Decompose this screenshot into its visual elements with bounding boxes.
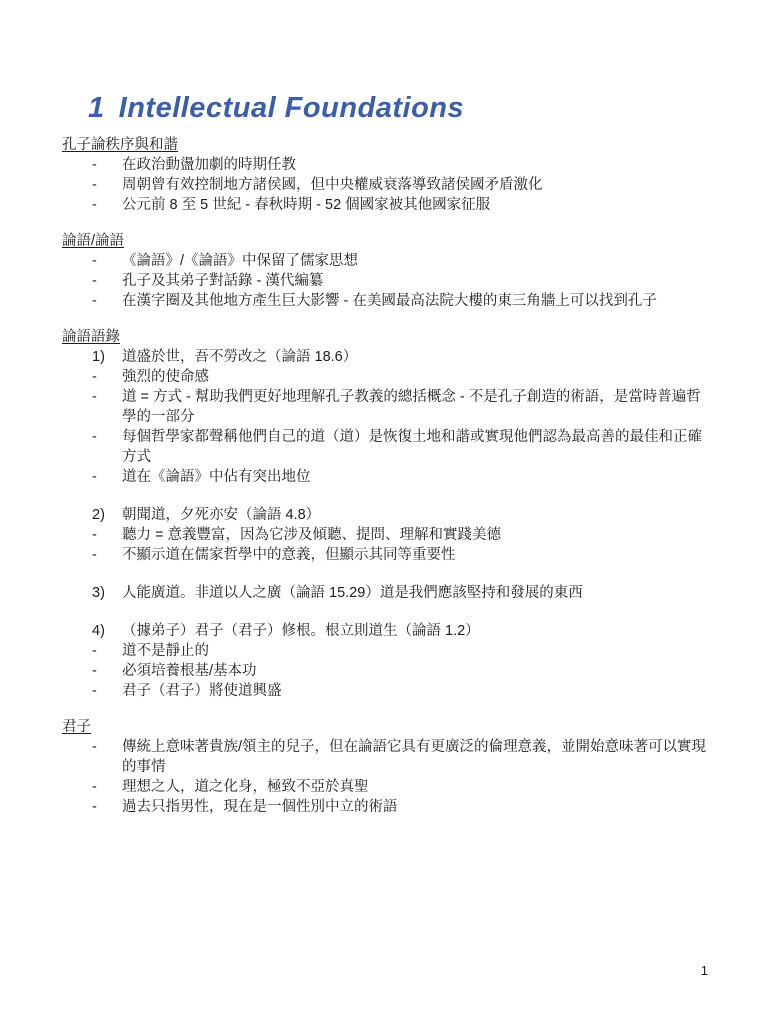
item-text: 過去只指男性，現在是一個性別中立的術語	[122, 797, 707, 817]
bullet-marker: -	[92, 545, 122, 565]
section-analects-quotes: 論語語錄 1)道盛於世，吾不勞改之（論語 18.6） -強烈的使命感 -道 = …	[62, 327, 712, 701]
item-text: 道不是靜止的	[122, 641, 707, 661]
item-text: 在政治動盪加劇的時期任教	[122, 155, 707, 175]
item-text: 道 = 方式 - 幫助我們更好地理解孔子教義的總括概念 - 不是孔子創造的術語，…	[122, 387, 707, 427]
section-header-text: 論語/論語	[62, 233, 124, 249]
list-item: -必須培養根基/基本功	[62, 661, 712, 681]
bullet-marker: 4)	[92, 621, 122, 641]
bullet-marker: -	[92, 525, 122, 545]
list-item: -在政治動盪加劇的時期任教	[62, 155, 712, 175]
list-item: 2)朝聞道，夕死亦安（論語 4.8）	[62, 505, 712, 525]
page-title: 1 Intellectual Foundations	[88, 92, 712, 125]
bullet-marker: -	[92, 681, 122, 701]
list-item: -君子（君子）將使道興盛	[62, 681, 712, 701]
item-text: （據弟子）君子（君子）修根。根立則道生（論語 1.2）	[122, 621, 707, 641]
item-text: 朝聞道，夕死亦安（論語 4.8）	[122, 505, 707, 525]
section-header: 論語/論語	[62, 231, 712, 251]
bullet-marker: 1)	[92, 347, 122, 367]
bullet-marker: -	[92, 291, 122, 311]
item-text: 每個哲學家都聲稱他們自己的道（道）是恢復土地和諧或實現他們認為最高善的最佳和正確…	[122, 427, 707, 467]
item-text: 《論語》/《論語》中保留了儒家思想	[122, 251, 707, 271]
page-number: 1	[701, 963, 708, 978]
item-text: 道盛於世，吾不勞改之（論語 18.6）	[122, 347, 707, 367]
section-header: 君子	[62, 717, 712, 737]
bullet-marker: -	[92, 271, 122, 291]
section-header-text: 論語語錄	[62, 329, 120, 345]
item-text: 在漢字圈及其他地方產生巨大影響 - 在美國最高法院大樓的東三角牆上可以找到孔子	[122, 291, 707, 311]
bullet-marker: -	[92, 175, 122, 195]
item-text: 人能廣道。非道以人之廣（論語 15.29）道是我們應該堅持和發展的東西	[122, 583, 707, 603]
bullet-marker: -	[92, 427, 122, 467]
item-text: 君子（君子）將使道興盛	[122, 681, 707, 701]
item-text: 理想之人，道之化身，極致不亞於真聖	[122, 777, 707, 797]
list-item: -道 = 方式 - 幫助我們更好地理解孔子教義的總括概念 - 不是孔子創造的術語…	[62, 387, 712, 427]
bullet-marker: -	[92, 641, 122, 661]
item-text: 不顯示道在儒家哲學中的意義，但顯示其同等重要性	[122, 545, 707, 565]
page-content: 1 Intellectual Foundations 孔子論秩序與和諧 -在政治…	[62, 92, 712, 833]
item-text: 公元前 8 至 5 世紀 - 春秋時期 - 52 個國家被其他國家征服	[122, 195, 707, 215]
list-item: -聽力 = 意義豐富，因為它涉及傾聽、提問、理解和實踐美德	[62, 525, 712, 545]
section-junzi: 君子 -傳統上意味著貴族/領主的兒子，但在論語它具有更廣泛的倫理意義，並開始意味…	[62, 717, 712, 817]
item-text: 聽力 = 意義豐富，因為它涉及傾聽、提問、理解和實踐美德	[122, 525, 707, 545]
bullet-marker: -	[92, 367, 122, 387]
item-text: 強烈的使命感	[122, 367, 707, 387]
list-item: -強烈的使命感	[62, 367, 712, 387]
bullet-marker: -	[92, 777, 122, 797]
list-item: 1)道盛於世，吾不勞改之（論語 18.6）	[62, 347, 712, 367]
list-item: -公元前 8 至 5 世紀 - 春秋時期 - 52 個國家被其他國家征服	[62, 195, 712, 215]
section-analects: 論語/論語 -《論語》/《論語》中保留了儒家思想 -孔子及其弟子對話錄 - 漢代…	[62, 231, 712, 311]
bullet-marker: -	[92, 195, 122, 215]
section-header-text: 孔子論秩序與和諧	[62, 137, 178, 153]
chapter-number: 1	[88, 92, 105, 125]
bullet-marker: -	[92, 251, 122, 271]
chapter-title: Intellectual Foundations	[119, 92, 465, 125]
section-confucius-order: 孔子論秩序與和諧 -在政治動盪加劇的時期任教 -周朝曾有效控制地方諸侯國，但中央…	[62, 135, 712, 215]
bullet-marker: -	[92, 797, 122, 817]
bullet-marker: -	[92, 661, 122, 681]
list-item: 3)人能廣道。非道以人之廣（論語 15.29）道是我們應該堅持和發展的東西	[62, 583, 712, 603]
section-header: 論語語錄	[62, 327, 712, 347]
item-text: 必須培養根基/基本功	[122, 661, 707, 681]
section-header: 孔子論秩序與和諧	[62, 135, 712, 155]
list-item: -理想之人，道之化身，極致不亞於真聖	[62, 777, 712, 797]
bullet-marker: -	[92, 387, 122, 427]
list-item: -孔子及其弟子對話錄 - 漢代編纂	[62, 271, 712, 291]
list-item: -過去只指男性，現在是一個性別中立的術語	[62, 797, 712, 817]
item-text: 傳統上意味著貴族/領主的兒子，但在論語它具有更廣泛的倫理意義，並開始意味著可以實…	[122, 737, 707, 777]
document-page: 1 Intellectual Foundations 孔子論秩序與和諧 -在政治…	[0, 0, 768, 1024]
list-item: -在漢字圈及其他地方產生巨大影響 - 在美國最高法院大樓的東三角牆上可以找到孔子	[62, 291, 712, 311]
list-item: -不顯示道在儒家哲學中的意義，但顯示其同等重要性	[62, 545, 712, 565]
bullet-marker: 2)	[92, 505, 122, 525]
item-text: 周朝曾有效控制地方諸侯國，但中央權威衰落導致諸侯國矛盾激化	[122, 175, 707, 195]
bullet-marker: -	[92, 155, 122, 175]
list-item: -道不是靜止的	[62, 641, 712, 661]
item-text: 孔子及其弟子對話錄 - 漢代編纂	[122, 271, 707, 291]
bullet-marker: -	[92, 467, 122, 487]
list-item: -每個哲學家都聲稱他們自己的道（道）是恢復土地和諧或實現他們認為最高善的最佳和正…	[62, 427, 712, 467]
bullet-marker: -	[92, 737, 122, 777]
item-text: 道在《論語》中佔有突出地位	[122, 467, 707, 487]
bullet-marker: 3)	[92, 583, 122, 603]
list-item: 4)（據弟子）君子（君子）修根。根立則道生（論語 1.2）	[62, 621, 712, 641]
list-item: -道在《論語》中佔有突出地位	[62, 467, 712, 487]
list-item: -傳統上意味著貴族/領主的兒子，但在論語它具有更廣泛的倫理意義，並開始意味著可以…	[62, 737, 712, 777]
list-item: -周朝曾有效控制地方諸侯國，但中央權威衰落導致諸侯國矛盾激化	[62, 175, 712, 195]
list-item: -《論語》/《論語》中保留了儒家思想	[62, 251, 712, 271]
section-header-text: 君子	[62, 719, 91, 735]
